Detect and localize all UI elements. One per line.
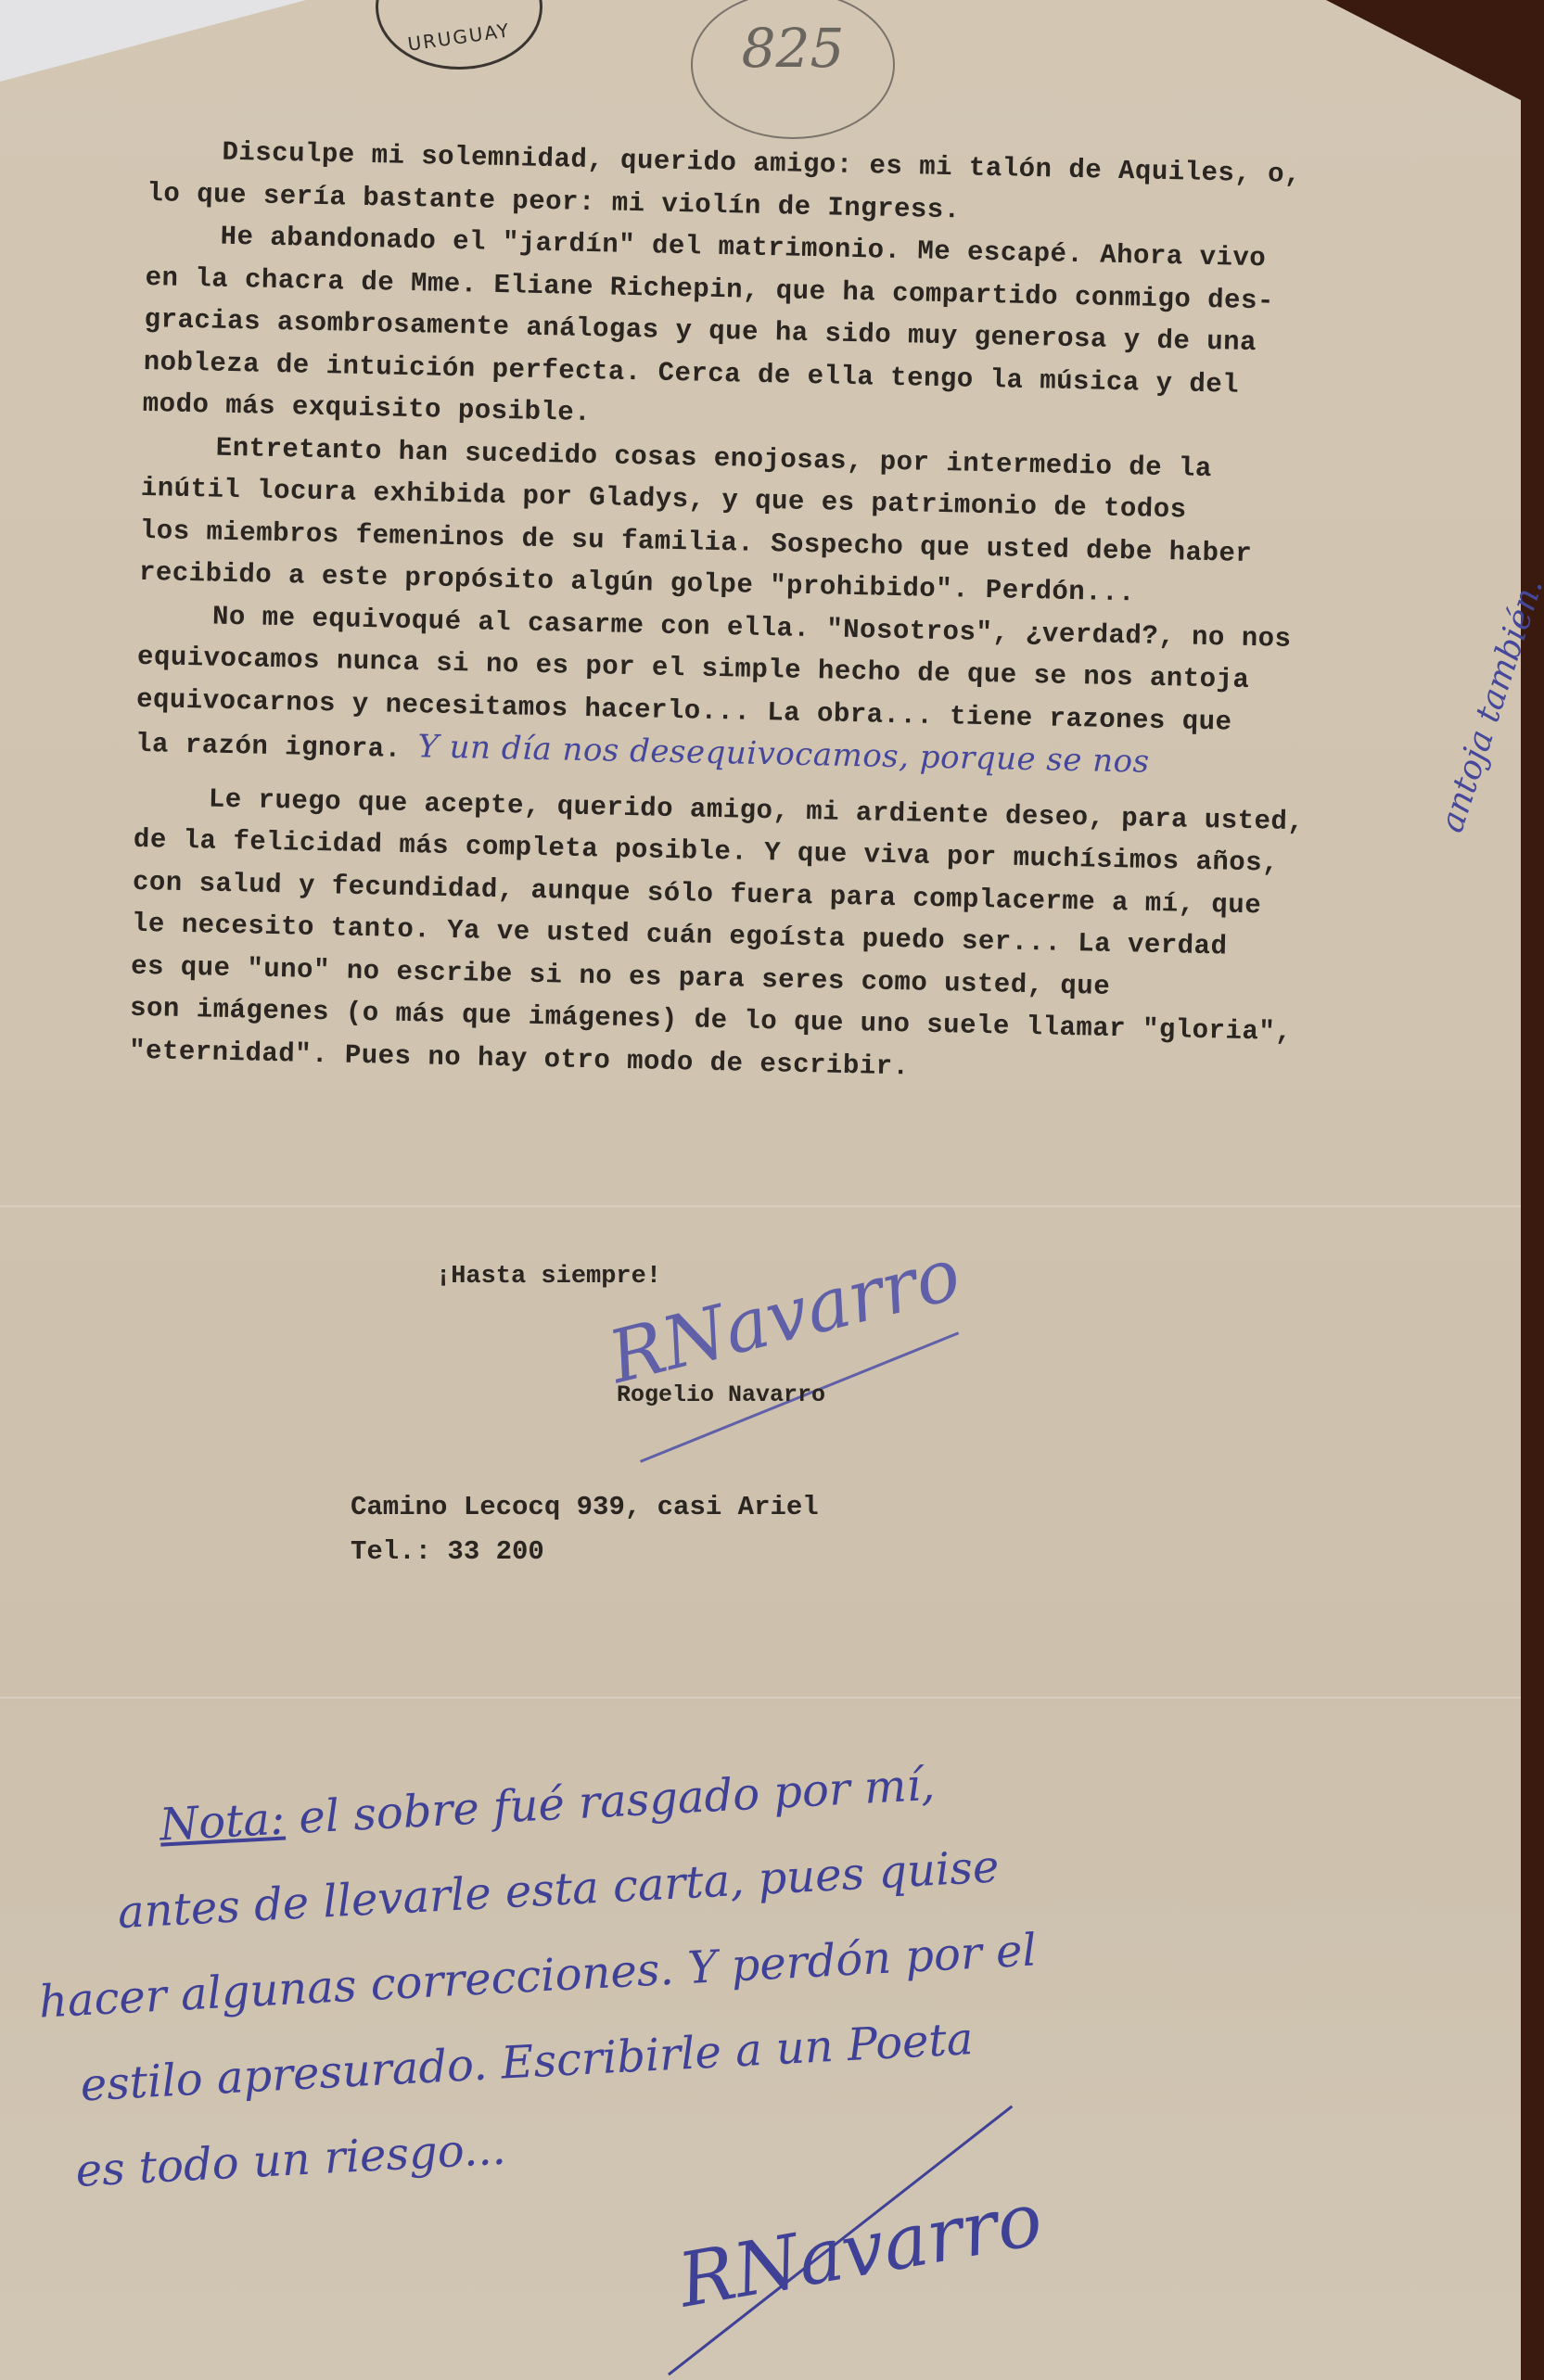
address-street: Camino Lecocq 939, casi Ariel <box>351 1485 819 1530</box>
fold-crease <box>0 1205 1521 1207</box>
paragraph-2: He abandonado el "jardín" del matrimonio… <box>142 214 1407 452</box>
stamp-text: URUGUAY <box>406 19 512 55</box>
closing-salutation: ¡Hasta siempre! <box>436 1263 661 1291</box>
note-text: el sobre fué rasgado por mí, <box>298 1759 937 1844</box>
paragraph-5: Le ruego que acepte, querido amigo, mi a… <box>129 776 1396 1098</box>
handwritten-postscript: Nota: el sobre fué rasgado por mí, antes… <box>28 1722 1346 2216</box>
typed-letter-body: Disculpe mi solemnidad, querido amigo: e… <box>129 130 1410 1098</box>
paragraph-3: Entretanto han sucedido cosas enojosas, … <box>139 425 1404 619</box>
text-segment: la razón ignora. <box>135 729 402 765</box>
paragraph-4: No me equivoqué al casarme con ella. "No… <box>135 593 1400 791</box>
fold-crease <box>0 1697 1521 1699</box>
typed-name: Rogelio Navarro <box>617 1381 825 1408</box>
note-label: Nota: <box>159 1793 287 1852</box>
address-phone: Tel.: 33 200 <box>351 1530 819 1574</box>
sender-address: Camino Lecocq 939, casi Ariel Tel.: 33 2… <box>351 1485 819 1574</box>
folio-number: 825 <box>693 17 893 80</box>
